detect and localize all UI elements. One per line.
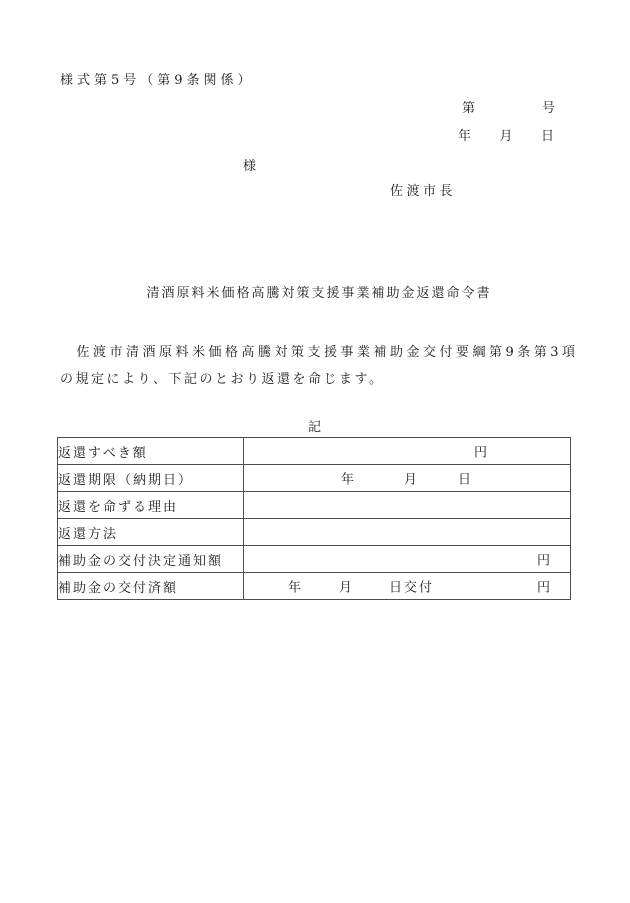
row-label: 補助金の交付済額 [58,573,244,600]
doc-number-prefix: 第 [462,97,475,116]
unit-label: 円 [537,577,552,596]
table-row: 返還すべき額 円 [58,438,571,465]
row-value [244,492,571,519]
table-row: 補助金の交付決定通知額 円 [58,546,571,573]
year-label: 年 [288,577,303,596]
document-page: 様式第5号（第9条関係） 第 号 年 月 日 様 佐渡市長 清酒原料米価格高騰対… [0,0,630,903]
year-label: 年 [341,469,356,488]
row-label: 返還方法 [58,519,244,546]
day-paid-label: 日交付 [389,577,434,596]
unit-label: 円 [537,550,552,569]
body-paragraph: 佐渡市清酒原料米価格高騰対策支援事業補助金交付要綱第9条第3項 の規定により、下… [60,339,585,393]
table-row: 返還を命ずる理由 [58,492,571,519]
day-label: 日 [541,125,554,144]
addressee-honorific: 様 [243,155,256,174]
sender-name: 佐渡市長 [390,180,456,199]
row-value: 年 月 日交付 円 [244,573,571,600]
body-line: 佐渡市清酒原料米価格高騰対策支援事業補助金交付要綱第9条第3項 [60,339,585,366]
row-value: 円 [244,438,571,465]
doc-number-line: 第 号 [462,97,555,116]
month-label: 月 [499,125,512,144]
month-label: 月 [404,469,419,488]
date-line: 年 月 日 [458,125,554,144]
row-value: 年 月 日 [244,465,571,492]
table-row: 補助金の交付済額 年 月 日交付 円 [58,573,571,600]
table-row: 返還方法 [58,519,571,546]
row-value [244,519,571,546]
row-label: 返還を命ずる理由 [58,492,244,519]
row-value: 円 [244,546,571,573]
row-label: 返還すべき額 [58,438,244,465]
month-label: 月 [339,577,354,596]
day-label: 日 [458,469,473,488]
form-number: 様式第5号（第9条関係） [60,69,255,88]
year-label: 年 [458,125,471,144]
row-label: 返還期限（納期日） [58,465,244,492]
table-row: 返還期限（納期日） 年 月 日 [58,465,571,492]
row-label: 補助金の交付決定通知額 [58,546,244,573]
document-title: 清酒原料米価格高騰対策支援事業補助金返還命令書 [0,282,630,301]
doc-number-suffix: 号 [542,97,555,116]
section-marker: 記 [0,416,630,435]
body-line: の規定により、下記のとおり返還を命じます。 [60,366,585,393]
return-order-table: 返還すべき額 円 返還期限（納期日） 年 月 日 返還を命ずる理由 返還方法 補… [57,437,571,600]
unit-label: 円 [474,442,489,461]
